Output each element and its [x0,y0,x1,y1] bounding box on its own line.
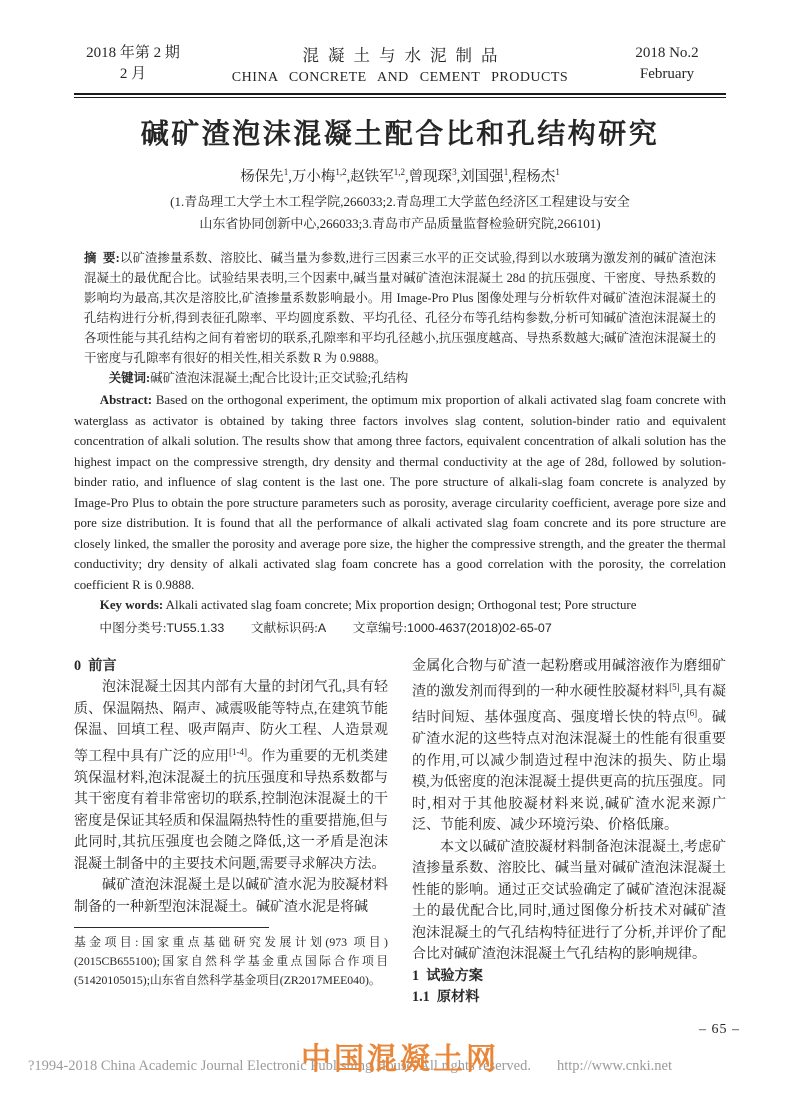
paragraph-3-text-cont: 。碱矿渣水泥的这些特点对泡沫混凝土的性能有很重要的作用,可以减少制造过程中泡沫的… [412,711,726,834]
left-column: 0 前言 泡沫混凝土因其内部有大量的封闭气孔,具有轻质、保温隔热、隔声、减震吸能… [74,656,388,1009]
body-columns: 0 前言 泡沫混凝土因其内部有大量的封闭气孔,具有轻质、保温隔热、隔声、减震吸能… [74,656,726,1009]
issue-info-en: 2018 No.2 February [608,43,726,85]
doc-code-group: 文献标识码:A [251,621,326,635]
paragraph-2: 碱矿渣泡沫混凝土是以碱矿渣水泥为胶凝材料制备的一种新型泡沫混凝土。碱矿渣水泥是将… [74,875,388,918]
header-double-rule [74,93,726,98]
abstract-en-label: Abstract: [100,393,152,407]
footnote-label: 基金项目: [74,935,138,949]
abstract-cn-text: 以矿渣掺量系数、溶胶比、碱当量为参数,进行三因素三水平的正交试验,得到以水玻璃为… [84,251,716,365]
issue-info-cn: 2018 年第 2 期 2 月 [74,43,192,85]
page-number: – 65 – [699,1022,740,1038]
cnki-url: http://www.cnki.net [557,1058,672,1074]
doc-code-value: A [318,621,326,635]
keywords-en: Key words: Alkali activated slag foam co… [74,595,726,616]
footnote: 基金项目:国家重点基础研究发展计划(973 项目)(2015CB655100);… [74,933,388,990]
keywords-cn-label: 关键词: [109,371,150,385]
right-column: 金属化合物与矿渣一起粉磨或用碱溶液作为磨细矿渣的激发剂而得到的一种水硬性胶凝材料… [412,656,726,1009]
abstract-en-text: Based on the orthogonal experiment, the … [74,393,726,592]
paragraph-3: 金属化合物与矿渣一起粉磨或用碱溶液作为磨细矿渣的激发剂而得到的一种水硬性胶凝材料… [412,656,726,837]
authors-line: 杨保先1,万小梅1,2,赵铁军1,2,曾现琛3,刘国强1,程杨杰1 [74,165,726,186]
paragraph-1: 泡沫混凝土因其内部有大量的封闭气孔,具有轻质、保温隔热、隔声、减震吸能等特点,在… [74,677,388,875]
journal-title-en: CHINA CONCRETE AND CEMENT PRODUCTS [192,70,608,86]
footnote-rule [74,927,269,928]
keywords-en-text: Alkali activated slag foam concrete; Mix… [163,598,636,612]
clc-group: 中图分类号:TU55.1.33 [99,621,224,635]
affiliation-line-1: (1.青岛理工大学土木工程学院,266033;2.青岛理工大学蓝色经济区工程建设… [74,191,726,213]
affiliation-line-2: 山东省协同创新中心,266033;3.青岛市产品质量监督检验研究院,266101… [74,213,726,235]
journal-header: 2018 年第 2 期 2 月 混凝土与水泥制品 CHINA CONCRETE … [74,42,726,86]
article-id-value: 1000-4637(2018)02-65-07 [407,621,552,635]
issue-number-cn: 2018 年第 2 期 [74,43,192,64]
issue-month-cn: 2 月 [74,64,192,85]
classification-line: 中图分类号:TU55.1.33文献标识码:A文章编号:1000-4637(201… [74,618,726,638]
keywords-cn-text: 碱矿渣泡沫混凝土;配合比设计;正交试验;孔结构 [150,371,408,385]
section-heading-1-1: 1.1 原材料 [412,987,726,1009]
journal-title-cn: 混凝土与水泥制品 [192,42,608,66]
clc-label: 中图分类号: [99,621,166,635]
article-title: 碱矿渣泡沫混凝土配合比和孔结构研究 [74,112,726,152]
clc-value: TU55.1.33 [166,621,224,635]
affiliation: (1.青岛理工大学土木工程学院,266033;2.青岛理工大学蓝色经济区工程建设… [74,191,726,235]
citation-ref-6: [6] [687,708,698,718]
paragraph-4: 本文以碱矿渣胶凝材料制备泡沫混凝土,考虑矿渣掺量系数、溶胶比、碱当量对碱矿渣泡沫… [412,837,726,966]
issue-month-en: February [608,64,726,85]
section-heading-1: 1 试验方案 [412,966,726,988]
paragraph-1-text-cont: 。作为重要的无机类建筑保温材料,泡沫混凝土的抗压强度和导热系数都与其干密度有着非… [74,749,388,872]
abstract-en: Abstract: Based on the orthogonal experi… [74,390,726,595]
keywords-cn: 关键词:碱矿渣泡沫混凝土;配合比设计;正交试验;孔结构 [84,368,716,388]
watermark-cnki-concrete: 中国混凝土网 [301,1034,499,1078]
journal-title-block: 混凝土与水泥制品 CHINA CONCRETE AND CEMENT PRODU… [192,42,608,86]
article-id-group: 文章编号:1000-4637(2018)02-65-07 [353,621,552,635]
issue-number-en: 2018 No.2 [608,43,726,64]
citation-ref-5: [5] [669,682,680,692]
scanned-paper-page: 2018 年第 2 期 2 月 混凝土与水泥制品 CHINA CONCRETE … [0,0,800,1104]
doc-code-label: 文献标识码: [251,621,318,635]
article-id-label: 文章编号: [353,621,407,635]
keywords-en-label: Key words: [100,598,163,612]
abstract-cn-label: 摘 要: [84,251,120,265]
section-heading-0: 0 前言 [74,656,388,678]
citation-ref-1-4: [1-4] [229,747,247,757]
abstract-cn: 摘 要:以矿渣掺量系数、溶胶比、碱当量为参数,进行三因素三水平的正交试验,得到以… [84,248,716,368]
